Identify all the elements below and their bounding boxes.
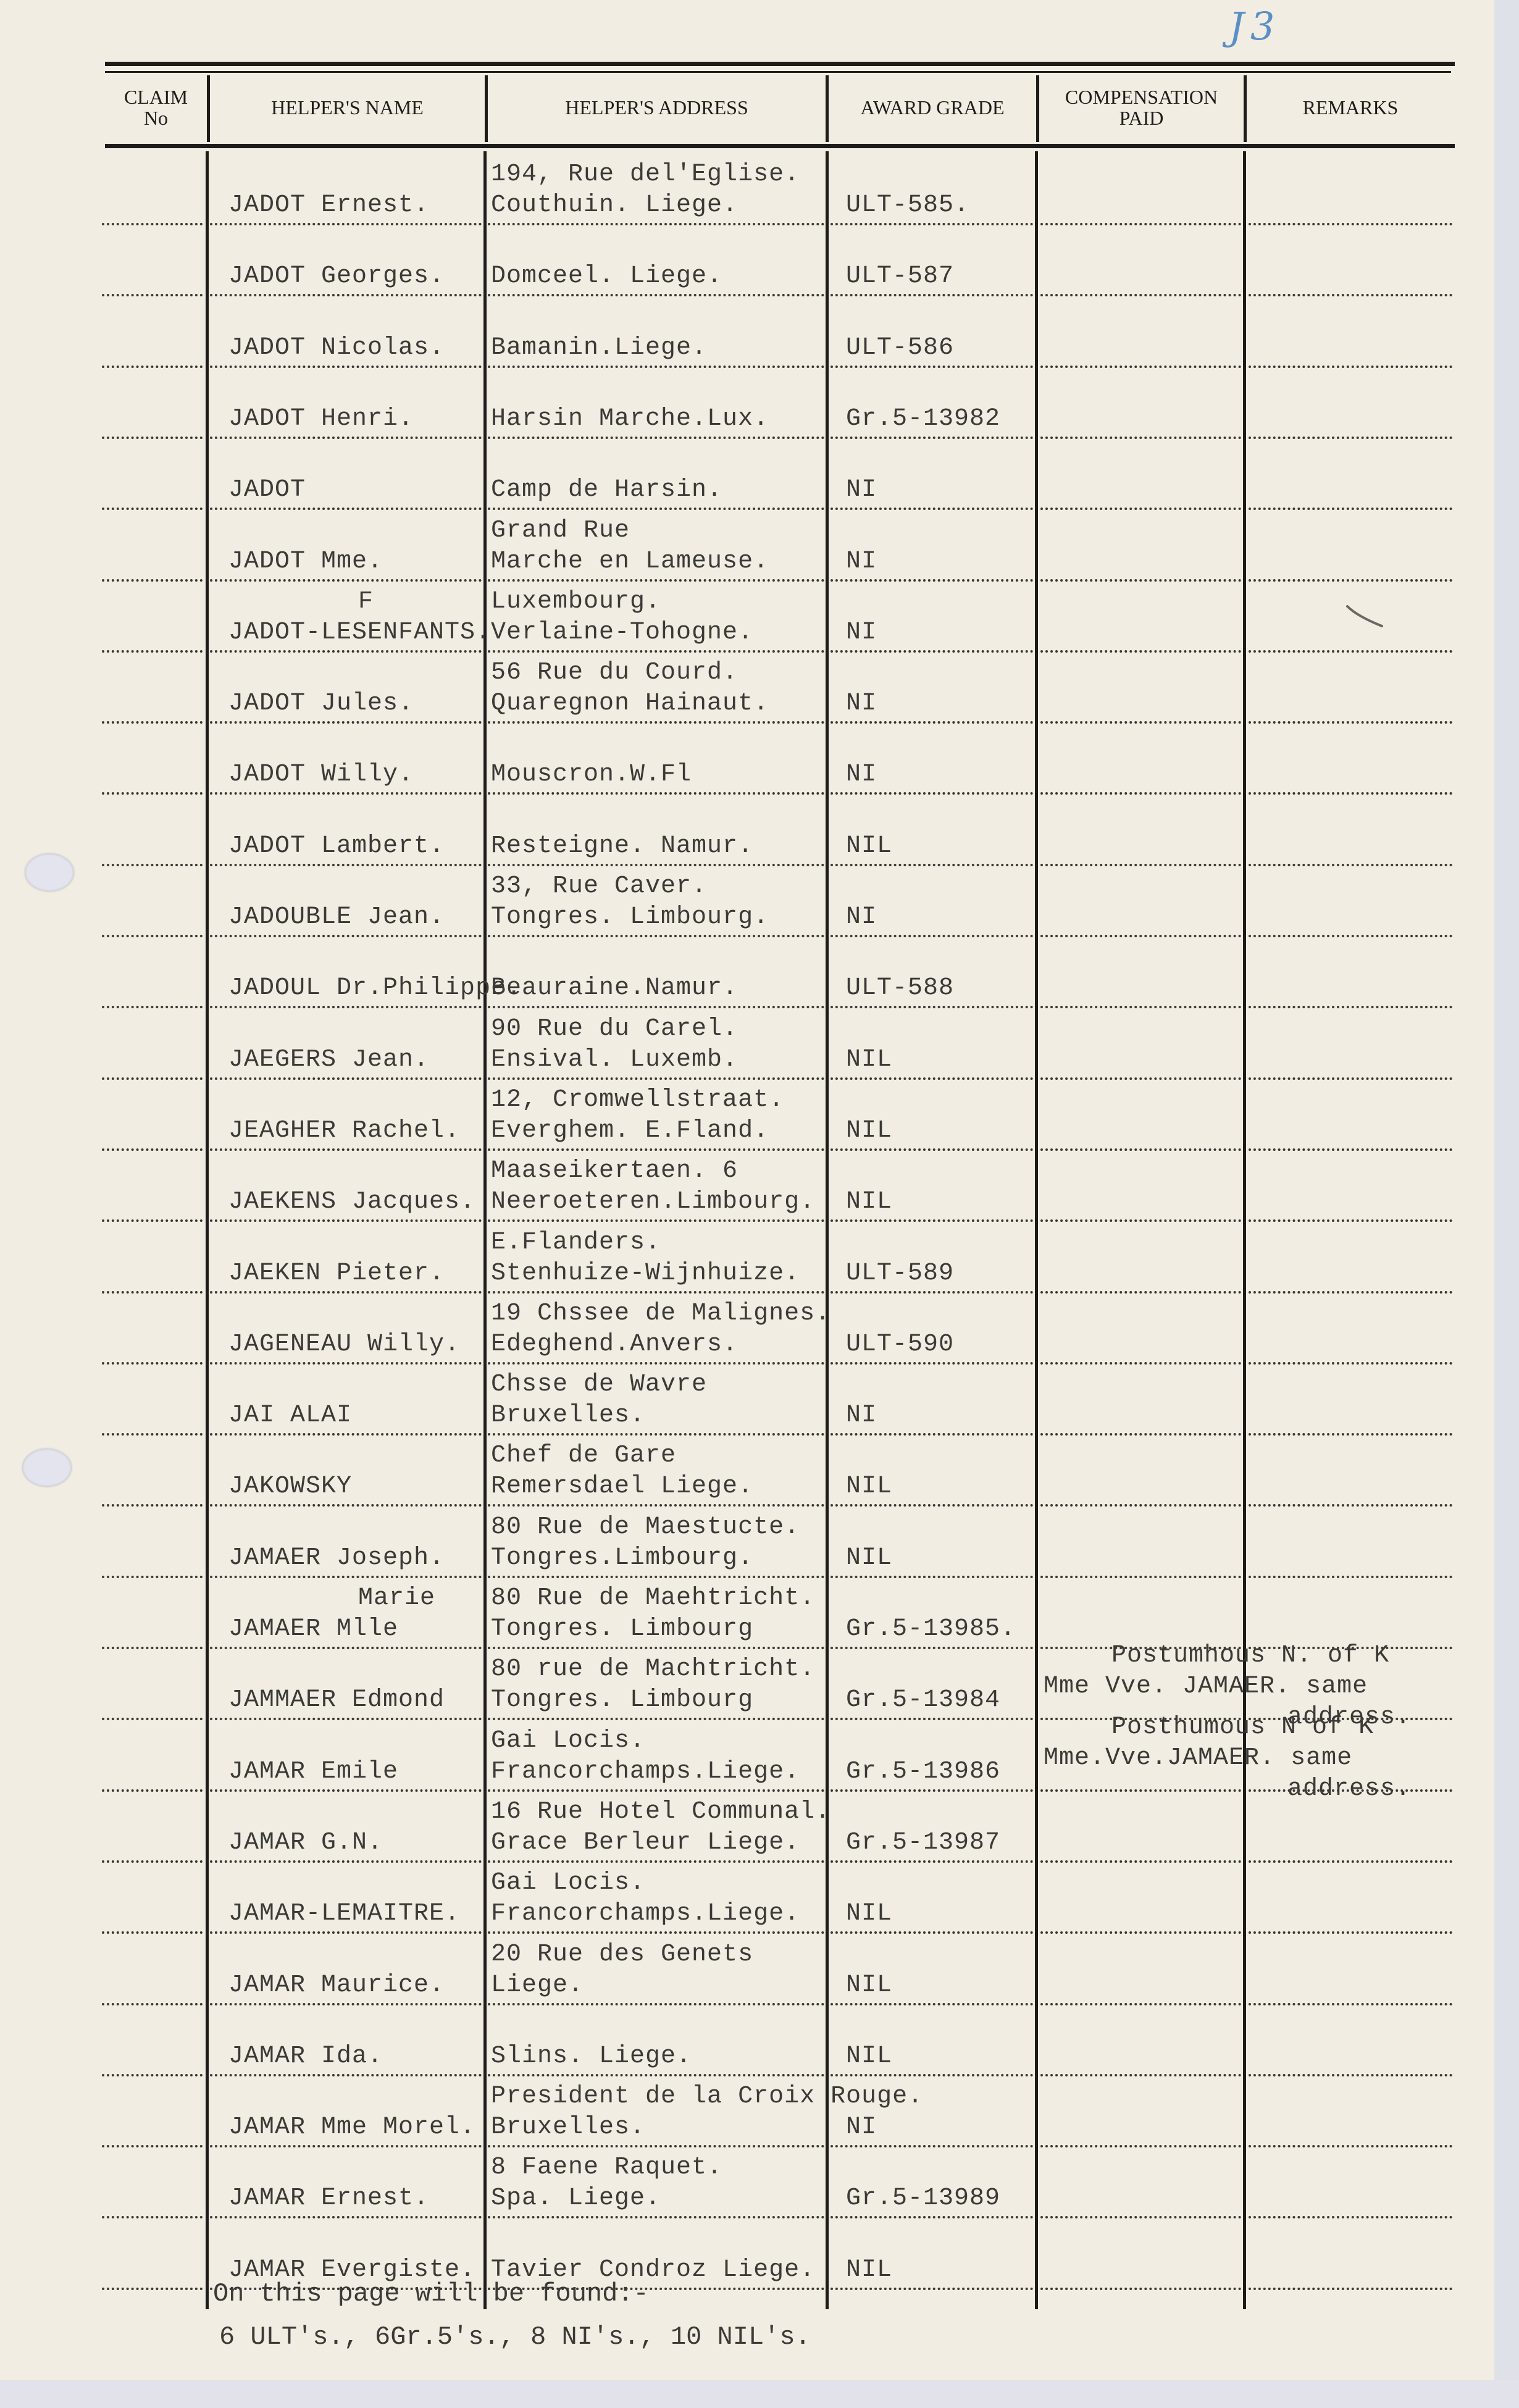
row-rule — [102, 2145, 203, 2147]
row-rule — [1249, 366, 1452, 368]
helper-name: JADOT Ernest. — [228, 190, 429, 222]
row-rule — [488, 1433, 824, 1436]
row-rule — [210, 1647, 482, 1649]
body-divider-4 — [1035, 151, 1038, 2309]
row-rule — [831, 579, 1033, 582]
award-grade: NIL — [846, 830, 892, 863]
row-rule — [1249, 2145, 1452, 2147]
row-rule — [102, 2074, 203, 2076]
row-rule — [210, 1860, 482, 1863]
award-grade: NIL — [846, 1970, 892, 2002]
scan-background-right — [1494, 0, 1519, 2408]
row-rule — [210, 294, 482, 296]
row-rule — [488, 579, 824, 582]
row-rule — [831, 1148, 1033, 1151]
helper-address: Bruxelles. — [491, 1400, 645, 1432]
row-rule — [831, 1077, 1033, 1080]
award-grade: NI — [846, 474, 877, 506]
row-rule — [102, 223, 203, 225]
row-rule — [1249, 1148, 1452, 1151]
row-rule — [488, 1077, 824, 1080]
helper-address-line1: Luxembourg. — [491, 586, 661, 618]
row-rule — [831, 792, 1033, 795]
row-rule — [210, 2003, 482, 2005]
award-grade: NIL — [846, 1471, 892, 1503]
row-rule — [1040, 1860, 1241, 1863]
row-rule — [1040, 2288, 1241, 2290]
row-rule — [102, 2003, 203, 2005]
row-rule — [1249, 579, 1452, 582]
row-rule — [210, 864, 482, 866]
row-rule — [1040, 2216, 1241, 2218]
award-grade: NIL — [846, 1898, 892, 1930]
helper-name: JAEKENS Jacques. — [228, 1186, 475, 1218]
row-rule — [488, 864, 824, 866]
remarks-text-top: Postumhous N. of K — [1111, 1640, 1389, 1672]
row-rule — [488, 366, 824, 368]
body-divider-1 — [206, 151, 209, 2309]
helper-name-annotation: Marie — [358, 1582, 435, 1615]
helper-address: Marche en Lameuse. — [491, 546, 769, 578]
row-rule — [831, 1504, 1033, 1507]
row-rule — [488, 1576, 824, 1578]
row-rule — [831, 721, 1033, 724]
row-rule — [210, 1148, 482, 1151]
row-rule — [831, 935, 1033, 937]
page-reference-handwritten: J3 — [1229, 4, 1281, 49]
body-divider-3 — [826, 151, 829, 2309]
row-rule — [488, 2003, 824, 2005]
row-rule — [1249, 1077, 1452, 1080]
row-rule — [210, 1362, 482, 1365]
row-rule — [1040, 1362, 1241, 1365]
helper-name: JAMAER Mlle — [228, 1613, 398, 1645]
helper-address: Bruxelles. — [491, 2112, 645, 2144]
row-rule — [1040, 1077, 1241, 1080]
helper-address-line1: Gai Locis. — [491, 1725, 645, 1757]
row-rule — [488, 1504, 824, 1507]
helper-address: Domceel. Liege. — [491, 261, 722, 293]
award-grade: NIL — [846, 2041, 892, 2073]
row-rule — [1040, 437, 1241, 439]
row-rule — [102, 508, 203, 510]
award-grade: Gr.5-13986 — [846, 1756, 1000, 1788]
row-rule — [102, 2216, 203, 2218]
row-rule — [102, 650, 203, 653]
helper-address-line1: Chef de Gare — [491, 1440, 676, 1472]
row-rule — [210, 2145, 482, 2147]
helper-address: Francorchamps.Liege. — [491, 1898, 800, 1930]
award-grade: Gr.5-13984 — [846, 1684, 1000, 1716]
helper-name: JAMAR Ida. — [228, 2041, 383, 2073]
row-rule — [831, 1219, 1033, 1222]
helper-address: Resteigne. Namur. — [491, 830, 753, 863]
helper-address-line1: 80 Rue de Maestucte. — [491, 1511, 800, 1544]
row-rule — [102, 721, 203, 724]
row-rule — [1249, 1219, 1452, 1222]
row-rule — [210, 1718, 482, 1720]
row-rule — [102, 1718, 203, 1720]
row-rule — [1249, 508, 1452, 510]
helper-address-line1: Maaseikertaen. 6 — [491, 1155, 738, 1187]
row-rule — [488, 1219, 824, 1222]
remarks-text-bottom: address. — [1287, 1773, 1411, 1805]
punch-hole-lower — [22, 1449, 72, 1487]
row-rule — [210, 579, 482, 582]
row-rule — [1040, 1006, 1241, 1008]
helper-address-line1: 12, Cromwellstraat. — [491, 1084, 784, 1116]
row-rule — [102, 935, 203, 937]
row-rule — [1249, 2003, 1452, 2005]
helper-address: Tongres. Limbourg — [491, 1613, 753, 1645]
helper-address: Ensival. Luxemb. — [491, 1044, 738, 1076]
row-rule — [831, 1576, 1033, 1578]
helper-address-line1: 80 rue de Machtricht. — [491, 1653, 815, 1686]
helper-address: Tongres. Limbourg. — [491, 901, 769, 934]
helper-name: JADOT Henri. — [228, 403, 414, 435]
row-rule — [210, 1077, 482, 1080]
row-rule — [831, 1433, 1033, 1436]
row-rule — [210, 1433, 482, 1436]
row-rule — [102, 1291, 203, 1294]
award-grade: ULT-589 — [846, 1258, 954, 1290]
row-rule — [102, 1576, 203, 1578]
helper-address-line1: Gai Locis. — [491, 1867, 645, 1899]
row-rule — [831, 2145, 1033, 2147]
remarks-text-top: Posthumous N of K — [1111, 1712, 1374, 1744]
helper-address-line1: 90 Rue du Carel. — [491, 1013, 738, 1045]
row-rule — [1249, 864, 1452, 866]
award-grade: Gr.5-13989 — [846, 2183, 1000, 2215]
award-grade: NI — [846, 901, 877, 934]
row-rule — [102, 294, 203, 296]
helper-address-line1: 8 Faene Raquet. — [491, 2152, 722, 2184]
row-rule — [831, 1789, 1033, 1792]
row-rule — [1040, 1504, 1241, 1507]
row-rule — [210, 1789, 482, 1792]
row-rule — [1040, 1576, 1241, 1578]
helper-address: Verlaine-Tohogne. — [491, 617, 753, 649]
row-rule — [210, 650, 482, 653]
helper-address-line1: 20 Rue des Genets — [491, 1939, 753, 1971]
row-rule — [102, 1504, 203, 1507]
helper-address: Stenhuize-Wijnhuize. — [491, 1258, 800, 1290]
row-rule — [831, 2216, 1033, 2218]
award-grade: NI — [846, 546, 877, 578]
row-rule — [488, 223, 824, 225]
row-rule — [1249, 1362, 1452, 1365]
row-rule — [831, 223, 1033, 225]
helper-name: JAMMAER Edmond — [228, 1684, 445, 1716]
row-rule — [831, 366, 1033, 368]
row-rule — [102, 1219, 203, 1222]
row-rule — [831, 1647, 1033, 1649]
row-rule — [1249, 223, 1452, 225]
row-rule — [1040, 1219, 1241, 1222]
punch-hole-upper — [25, 853, 74, 892]
helper-name: JADOT Jules. — [228, 688, 414, 720]
helper-address: Francorchamps.Liege. — [491, 1756, 800, 1788]
helper-address-line1: E.Flanders. — [491, 1227, 661, 1259]
row-rule — [102, 1433, 203, 1436]
helper-name: JADOT Georges. — [228, 261, 445, 293]
pencil-tick-mark — [1345, 604, 1394, 629]
award-grade: ULT-588 — [846, 972, 954, 1005]
remarks-text: Mme Vve. JAMAER. same — [1044, 1671, 1368, 1703]
row-rule — [102, 1006, 203, 1008]
award-grade: NIL — [846, 2254, 892, 2286]
helper-name: JAMAR Mme Morel. — [228, 2112, 475, 2144]
helper-name: JAGENEAU Willy. — [228, 1329, 460, 1361]
award-grade: ULT-586 — [846, 332, 954, 364]
helper-address: Mouscron.W.Fl — [491, 759, 692, 791]
row-rule — [831, 1931, 1033, 1934]
footer-summary-line-2: 6 ULT's., 6Gr.5's., 8 NI's., 10 NIL's. — [219, 2320, 811, 2354]
row-rule — [1040, 1931, 1241, 1934]
helper-address: Camp de Harsin. — [491, 474, 722, 506]
helper-address-line1: 16 Rue Hotel Communal. — [491, 1796, 831, 1828]
row-rule — [488, 1789, 824, 1792]
award-grade: NI — [846, 617, 877, 649]
row-rule — [831, 1718, 1033, 1720]
body-divider-2 — [483, 151, 487, 2309]
row-rule — [1040, 1291, 1241, 1294]
row-rule — [1040, 721, 1241, 724]
helper-address: Tongres. Limbourg — [491, 1684, 753, 1716]
helper-name: JAMAR-LEMAITRE. — [228, 1898, 460, 1930]
helper-name: JADOT — [228, 474, 306, 506]
row-rule — [1249, 1433, 1452, 1436]
scan-background-bottom — [0, 2380, 1519, 2408]
row-rule — [1249, 1860, 1452, 1863]
row-rule — [102, 1931, 203, 1934]
row-rule — [1040, 864, 1241, 866]
helper-address-line1: 80 Rue de Maehtricht. — [491, 1582, 815, 1615]
award-grade: NI — [846, 688, 877, 720]
row-rule — [102, 366, 203, 368]
award-grade: ULT-587 — [846, 261, 954, 293]
award-grade: ULT-585. — [846, 190, 969, 222]
row-rule — [1249, 2074, 1452, 2076]
row-rule — [488, 1006, 824, 1008]
helper-name: JAEGERS Jean. — [228, 1044, 429, 1076]
row-rule — [1249, 2216, 1452, 2218]
helper-name: JAMAR Ernest. — [228, 2183, 429, 2215]
award-grade: NI — [846, 1400, 877, 1432]
row-rule — [831, 650, 1033, 653]
row-rule — [210, 721, 482, 724]
footer-summary-line-1: On this page will be found:- — [213, 2277, 649, 2310]
row-rule — [488, 294, 824, 296]
row-rule — [210, 366, 482, 368]
top-thick-rule — [105, 62, 1455, 66]
award-grade: NIL — [846, 1186, 892, 1218]
row-rule — [488, 1291, 824, 1294]
header-helper-address: HELPER'S ADDRESS — [488, 73, 826, 142]
helper-address: Grace Berleur Liege. — [491, 1827, 800, 1859]
remarks-text: Mme.Vve.JAMAER. same — [1044, 1742, 1352, 1775]
helper-name: JADOUBLE Jean. — [228, 901, 445, 934]
helper-name: JADOT Nicolas. — [228, 332, 445, 364]
row-rule — [1040, 1433, 1241, 1436]
row-rule — [102, 864, 203, 866]
award-grade: Gr.5-13987 — [846, 1827, 1000, 1859]
helper-name: JAI ALAI — [228, 1400, 352, 1432]
helper-name: JAKOWSKY — [228, 1471, 352, 1503]
helper-address: Beauraine.Namur. — [491, 972, 738, 1005]
row-rule — [102, 437, 203, 439]
helper-address: Neeroeteren.Limbourg. — [491, 1186, 815, 1218]
row-rule — [1040, 294, 1241, 296]
row-rule — [1249, 935, 1452, 937]
row-rule — [210, 1504, 482, 1507]
row-rule — [1040, 223, 1241, 225]
award-grade: NI — [846, 2112, 877, 2144]
helper-address: Slins. Liege. — [491, 2041, 692, 2073]
award-grade: Gr.5-13985. — [846, 1613, 1016, 1645]
row-rule — [488, 2145, 824, 2147]
helper-address-line1: President de la Croix Rouge. — [491, 2081, 923, 2113]
helper-address-line1: 194, Rue del'Eglise. — [491, 159, 800, 191]
row-rule — [1249, 1931, 1452, 1934]
row-rule — [831, 1362, 1033, 1365]
helper-address: Harsin Marche.Lux. — [491, 403, 769, 435]
helper-address: Tongres.Limbourg. — [491, 1542, 753, 1574]
header-award-grade: AWARD GRADE — [829, 73, 1036, 142]
award-grade: NIL — [846, 1542, 892, 1574]
row-rule — [1249, 294, 1452, 296]
helper-address: Bamanin.Liege. — [491, 332, 707, 364]
header-remarks: REMARKS — [1247, 73, 1454, 142]
row-rule — [210, 437, 482, 439]
helper-address: Spa. Liege. — [491, 2183, 661, 2215]
row-rule — [102, 2288, 203, 2290]
award-grade: Gr.5-13982 — [846, 403, 1000, 435]
row-rule — [210, 2074, 482, 2076]
row-rule — [1040, 366, 1241, 368]
row-rule — [831, 2003, 1033, 2005]
row-rule — [1040, 1148, 1241, 1151]
row-rule — [210, 508, 482, 510]
helper-name: JAEKEN Pieter. — [228, 1258, 445, 1290]
row-rule — [831, 1860, 1033, 1863]
row-rule — [488, 1647, 824, 1649]
row-rule — [1040, 935, 1241, 937]
header-helper-name: HELPER'S NAME — [210, 73, 485, 142]
row-rule — [831, 437, 1033, 439]
row-rule — [831, 2288, 1033, 2290]
helper-name: JADOT Willy. — [228, 759, 414, 791]
row-rule — [488, 1860, 824, 1863]
helper-address-line1: Chsse de Wavre — [491, 1369, 707, 1401]
row-rule — [102, 1362, 203, 1365]
helper-address: Couthuin. Liege. — [491, 190, 738, 222]
body-divider-5 — [1243, 151, 1246, 2309]
award-grade: ULT-590 — [846, 1329, 954, 1361]
row-rule — [488, 2074, 824, 2076]
row-rule — [1249, 437, 1452, 439]
row-rule — [831, 864, 1033, 866]
row-rule — [488, 650, 824, 653]
helper-name-annotation: F — [358, 586, 374, 618]
row-rule — [831, 508, 1033, 510]
row-rule — [1040, 792, 1241, 795]
row-rule — [102, 792, 203, 795]
row-rule — [210, 2216, 482, 2218]
helper-address: Everghem. E.Fland. — [491, 1115, 769, 1147]
row-rule — [102, 579, 203, 582]
helper-name: JADOT Lambert. — [228, 830, 445, 863]
row-rule — [210, 1291, 482, 1294]
award-grade: NIL — [846, 1115, 892, 1147]
row-rule — [1249, 650, 1452, 653]
helper-address-line1: 33, Rue Caver. — [491, 871, 707, 903]
helper-address: Quaregnon Hainaut. — [491, 688, 769, 720]
helper-name: JAMAR Maurice. — [228, 1970, 445, 2002]
helper-name: JADOUL Dr.Philippe. — [228, 972, 522, 1005]
row-rule — [1040, 1789, 1241, 1792]
row-rule — [210, 1931, 482, 1934]
row-rule — [488, 935, 824, 937]
row-rule — [1249, 1504, 1452, 1507]
row-rule — [210, 223, 482, 225]
row-rule — [488, 1362, 824, 1365]
row-rule — [831, 1291, 1033, 1294]
row-rule — [488, 437, 824, 439]
row-rule — [1249, 1006, 1452, 1008]
row-rule — [1249, 1291, 1452, 1294]
row-rule — [102, 1077, 203, 1080]
helper-name: JAMAR Emile — [228, 1756, 398, 1788]
row-rule — [831, 294, 1033, 296]
row-rule — [1249, 2288, 1452, 2290]
helper-name: JAMAER Joseph. — [228, 1542, 445, 1574]
row-rule — [488, 1148, 824, 1151]
row-rule — [1040, 650, 1241, 653]
row-rule — [1249, 1576, 1452, 1578]
row-rule — [102, 1148, 203, 1151]
row-rule — [831, 1006, 1033, 1008]
row-rule — [210, 792, 482, 795]
row-rule — [1040, 2145, 1241, 2147]
helper-name: JEAGHER Rachel. — [228, 1115, 460, 1147]
row-rule — [1040, 2074, 1241, 2076]
row-rule — [488, 2216, 824, 2218]
row-rule — [488, 1931, 824, 1934]
award-grade: NIL — [846, 1044, 892, 1076]
row-rule — [102, 1647, 203, 1649]
helper-address: Edeghend.Anvers. — [491, 1329, 738, 1361]
helper-name: JAMAR G.N. — [228, 1827, 383, 1859]
row-rule — [488, 721, 824, 724]
row-rule — [1249, 792, 1452, 795]
helper-address: Remersdael Liege. — [491, 1471, 753, 1503]
header-bottom-rule — [105, 144, 1455, 148]
row-rule — [1040, 508, 1241, 510]
row-rule — [210, 935, 482, 937]
header-compensation-paid: COMPENSATIONPAID — [1039, 73, 1244, 142]
row-rule — [102, 1789, 203, 1792]
helper-address: Liege. — [491, 1970, 584, 2002]
row-rule — [488, 1718, 824, 1720]
helper-name: JADOT Mme. — [228, 546, 383, 578]
row-rule — [1249, 721, 1452, 724]
row-rule — [1040, 2003, 1241, 2005]
row-rule — [210, 1576, 482, 1578]
row-rule — [210, 1006, 482, 1008]
award-grade: NI — [846, 759, 877, 791]
row-rule — [488, 508, 824, 510]
